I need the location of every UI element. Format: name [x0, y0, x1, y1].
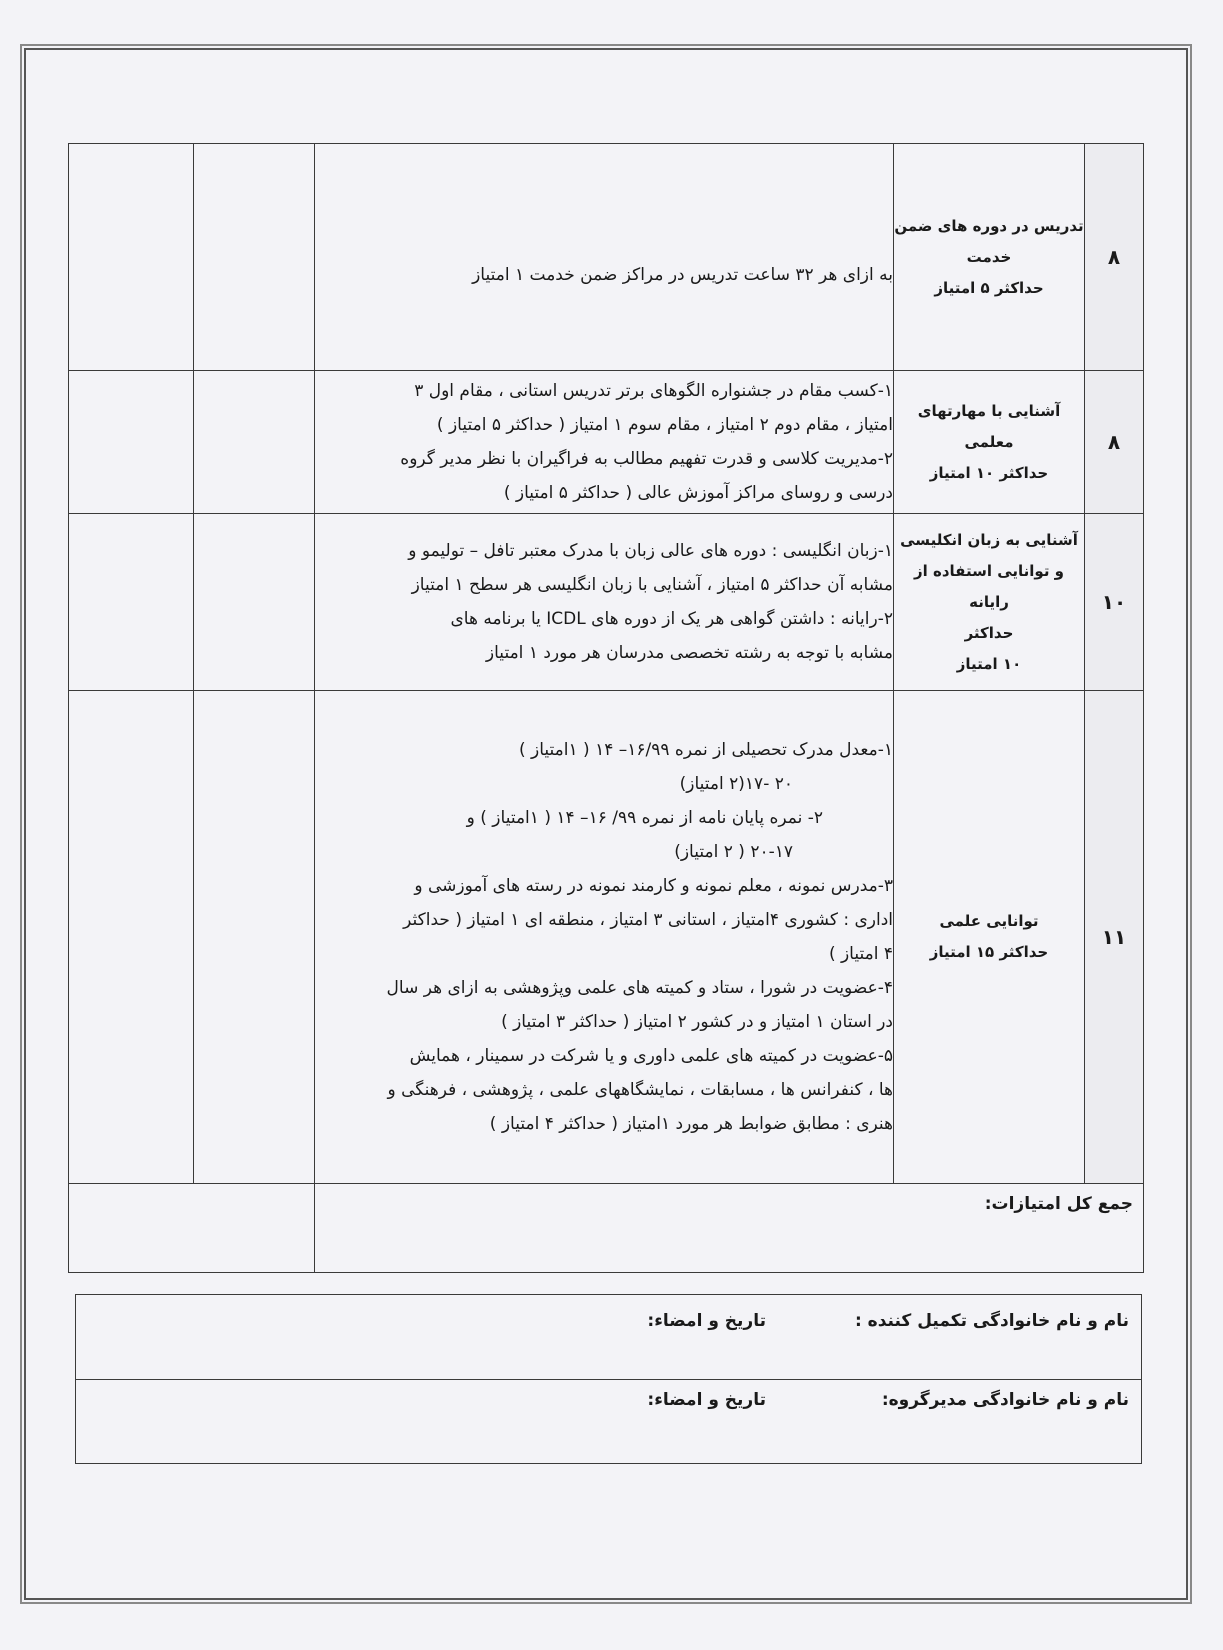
- score-cell[interactable]: [194, 514, 315, 691]
- criterion-title: آشنایی به زبان انکلیسی و توانایی استفاده…: [894, 514, 1085, 691]
- table-row: ۸ آشنایی با مهارتهای معلمی حداکثر ۱۰ امت…: [69, 371, 1144, 514]
- criteria-score-table: ۸ تدریس در دوره های ضمن خدمت حداکثر ۵ ام…: [68, 143, 1144, 1273]
- criterion-description: ۱-معدل مدرک تحصیلی از نمره ۱۶/۹۹– ۱۴ ( ۱…: [315, 691, 894, 1184]
- total-row: جمع کل امتیازات:: [69, 1184, 1144, 1273]
- completer-name-label: نام و نام خانوادگی تکمیل کننده :: [855, 1311, 1129, 1331]
- table-row: ۸ تدریس در دوره های ضمن خدمت حداکثر ۵ ام…: [69, 144, 1144, 371]
- score-cell[interactable]: [194, 371, 315, 514]
- criterion-description: ۱-زبان انگلیسی : دوره های عالی زبان با م…: [315, 514, 894, 691]
- row-number: ۸: [1085, 144, 1144, 371]
- completer-signature-row: نام و نام خانوادگی تکمیل کننده : تاریخ و…: [76, 1295, 1141, 1379]
- manager-date-signature-label: تاریخ و امضاء:: [626, 1390, 766, 1410]
- completer-date-signature-label: تاریخ و امضاء:: [626, 1311, 766, 1331]
- criterion-title: توانایی علمی حداکثر ۱۵ امتیاز: [894, 691, 1085, 1184]
- notes-cell[interactable]: [69, 144, 194, 371]
- notes-cell[interactable]: [69, 371, 194, 514]
- table-row: ۱۰ آشنایی به زبان انکلیسی و توانایی استف…: [69, 514, 1144, 691]
- score-cell[interactable]: [194, 691, 315, 1184]
- manager-name-label: نام و نام خانوادگی مدیرگروه:: [882, 1390, 1129, 1410]
- total-score-label: جمع کل امتیازات:: [315, 1184, 1144, 1273]
- table-row: ۱۱ توانایی علمی حداکثر ۱۵ امتیاز ۱-معدل …: [69, 691, 1144, 1184]
- row-number: ۱۰: [1085, 514, 1144, 691]
- row-number: ۸: [1085, 371, 1144, 514]
- notes-cell[interactable]: [69, 691, 194, 1184]
- criterion-title: تدریس در دوره های ضمن خدمت حداکثر ۵ امتی…: [894, 144, 1085, 371]
- row-number: ۱۱: [1085, 691, 1144, 1184]
- notes-cell[interactable]: [69, 514, 194, 691]
- criterion-title: آشنایی با مهارتهای معلمی حداکثر ۱۰ امتیا…: [894, 371, 1085, 514]
- scanned-page: ۸ تدریس در دوره های ضمن خدمت حداکثر ۵ ام…: [0, 0, 1223, 1650]
- signature-box: نام و نام خانوادگی تکمیل کننده : تاریخ و…: [75, 1294, 1142, 1464]
- criterion-description: ۱-کسب مقام در جشنواره الگوهای برتر تدریس…: [315, 371, 894, 514]
- total-score-cell[interactable]: [69, 1184, 315, 1273]
- score-cell[interactable]: [194, 144, 315, 371]
- criterion-description: به ازای هر ۳۲ ساعت تدریس در مراکز ضمن خد…: [315, 144, 894, 371]
- manager-signature-row: نام و نام خانوادگی مدیرگروه: تاریخ و امض…: [76, 1379, 1141, 1463]
